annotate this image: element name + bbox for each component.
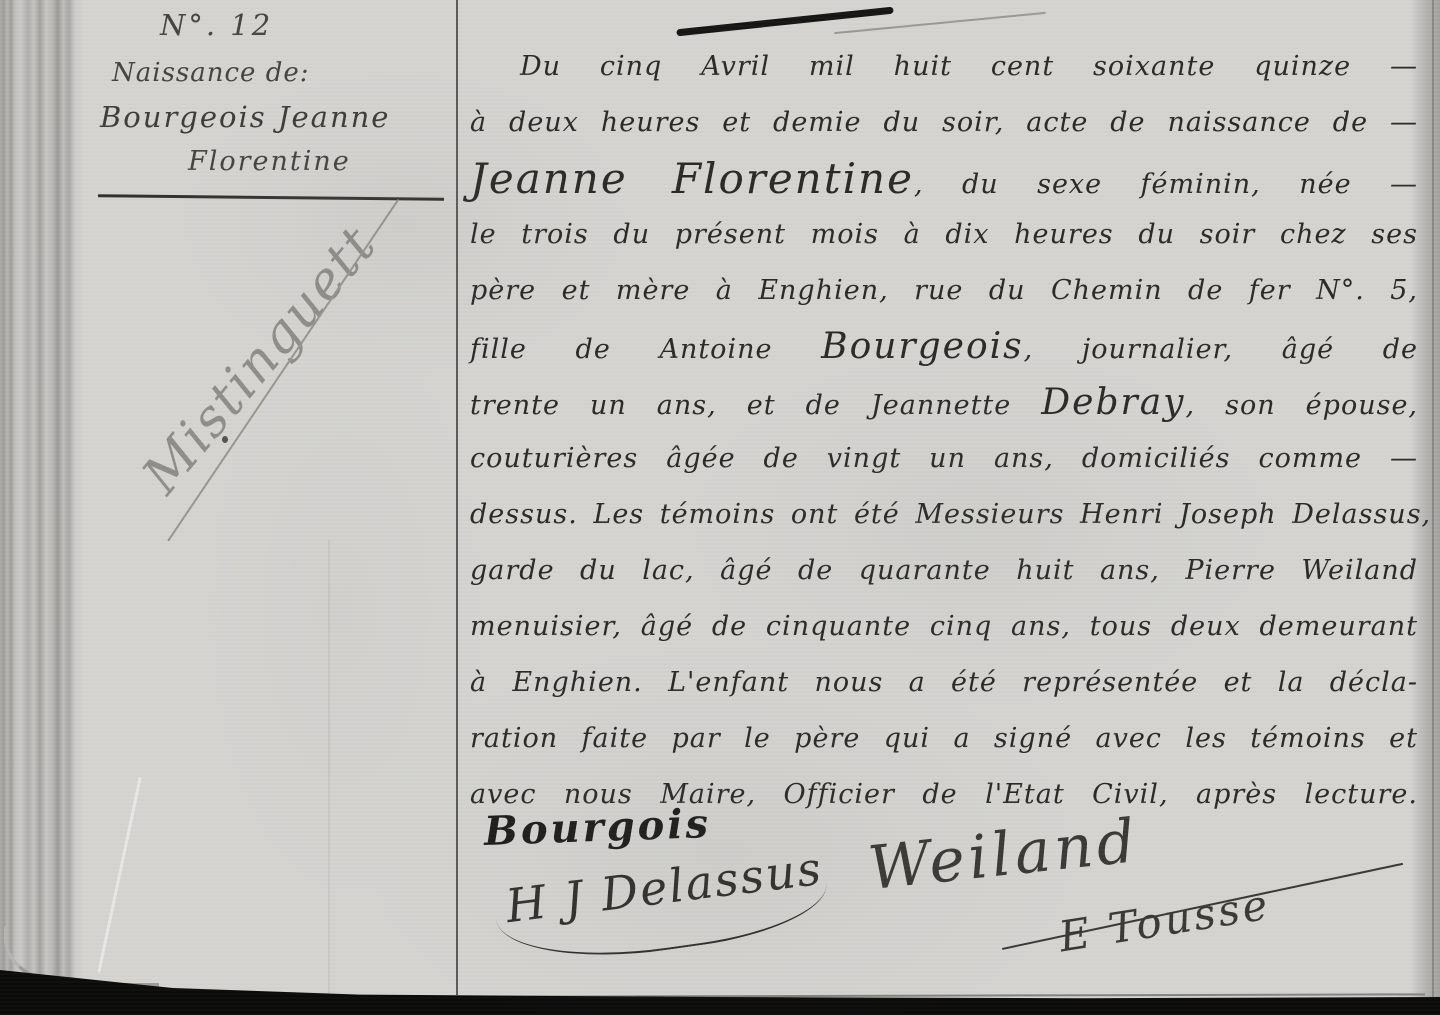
- act-line-segment: trente un ans, et de Jeannette: [470, 390, 1041, 421]
- father-surname-segment: Bourgeois: [821, 326, 1024, 367]
- act-line: Jeanne Florentine, du sexe féminin, née …: [470, 152, 1418, 208]
- act-line: garde du lac, âgé de quarante huit ans, …: [470, 544, 1418, 600]
- act-line: trente un ans, et de Jeannette Debray, s…: [470, 376, 1418, 432]
- act-line-segment: ration faite par le père qui a signé ave…: [470, 723, 1418, 754]
- act-line-segment: , son épouse,: [1186, 390, 1418, 421]
- act-line-segment: père et mère à Enghien, rue du Chemin de…: [470, 275, 1418, 306]
- act-line-segment: fille de Antoine: [470, 334, 821, 365]
- act-line: père et mère à Enghien, rue du Chemin de…: [470, 264, 1418, 320]
- act-line-segment: le trois du présent mois à dix heures du…: [470, 219, 1418, 250]
- act-line: le trois du présent mois à dix heures du…: [470, 208, 1418, 264]
- mother-surname-segment: Debray: [1041, 382, 1185, 423]
- birth-register-scan: N°. 12 Naissance de: Bourgeois Jeanne Fl…: [0, 0, 1440, 1015]
- act-line: menuisier, âgé de cinquante cinq ans, to…: [470, 600, 1418, 656]
- act-line: dessus. Les témoins ont été Messieurs He…: [470, 488, 1418, 544]
- act-line: Du cinq Avril mil huit cent soixante qui…: [470, 40, 1418, 96]
- child-name-segment: Jeanne Florentine: [470, 154, 914, 203]
- act-line-segment: à deux heures et demie du soir, acte de …: [470, 107, 1418, 138]
- act-line: fille de Antoine Bourgeois, journalier, …: [470, 320, 1418, 376]
- pencil-annotation: Mistinguett: [105, 184, 415, 537]
- act-line-segment: couturières âgée de vingt un ans, domici…: [470, 443, 1418, 474]
- margin-name-line1: Bourgeois Jeanne: [100, 100, 390, 134]
- act-line-segment: garde du lac, âgé de quarante huit ans, …: [470, 555, 1418, 586]
- act-line-segment: , journalier, âgé de: [1024, 334, 1418, 365]
- margin-title: Naissance de:: [112, 58, 310, 88]
- act-number: N°. 12: [160, 8, 273, 42]
- margin-underline: [98, 194, 444, 200]
- act-line-segment: dessus. Les témoins ont été Messieurs He…: [470, 499, 1431, 530]
- act-line: à deux heures et demie du soir, acte de …: [470, 96, 1418, 152]
- act-line-segment: , du sexe féminin, née —: [914, 169, 1418, 200]
- pencil-dot: [222, 436, 228, 443]
- previous-entry-ink-stroke: [676, 7, 894, 37]
- act-line-segment: Du cinq Avril mil huit cent soixante qui…: [520, 51, 1418, 82]
- act-line: à Enghien. L'enfant nous a été représent…: [470, 656, 1418, 712]
- pencil-annotation-stroke: [167, 199, 399, 542]
- margin-column: N°. 12 Naissance de: Bourgeois Jeanne Fl…: [0, 0, 456, 1015]
- act-line-segment: menuisier, âgé de cinquante cinq ans, to…: [470, 611, 1418, 642]
- act-line: couturières âgée de vingt un ans, domici…: [470, 432, 1418, 488]
- margin-name-line2: Florentine: [188, 146, 351, 177]
- act-line: ration faite par le père qui a signé ave…: [470, 712, 1418, 768]
- act-line-segment: à Enghien. L'enfant nous a été représent…: [470, 667, 1418, 698]
- signature-father: Bourgois: [483, 800, 712, 855]
